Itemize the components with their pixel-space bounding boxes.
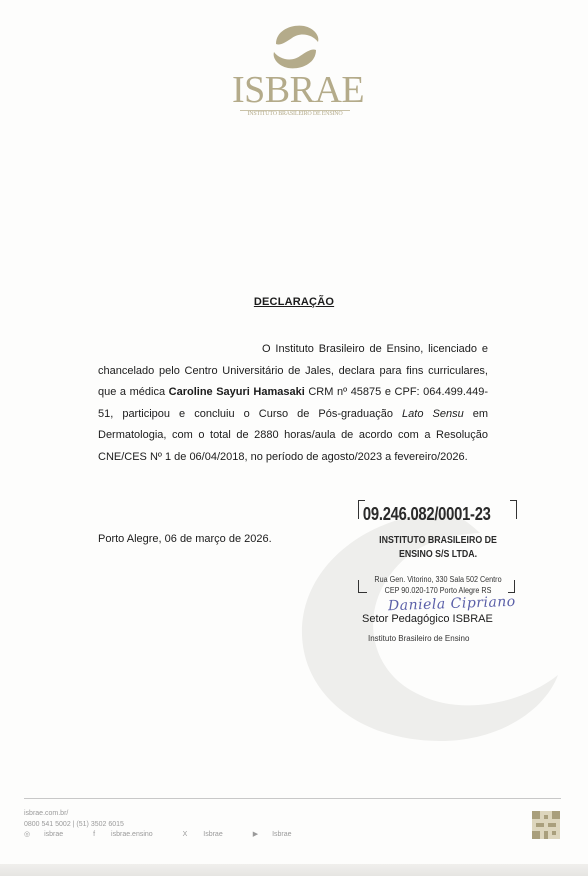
declaration-paragraph: O Instituto Brasileiro de Ensino, licenc… (98, 339, 488, 468)
website-link[interactable]: isbrae.com.br/ (24, 809, 320, 820)
footer-contacts: isbrae.com.br/ 0800 541 5002 | (51) 3502… (24, 809, 320, 841)
stamp-address: Rua Gen. Vitorino, 330 Sala 502 Centro C… (366, 574, 510, 596)
youtube-icon: ▶ (253, 831, 258, 838)
phone-numbers: 0800 541 5002 | (51) 3502 6015 (24, 820, 320, 831)
social-instagram[interactable]: ◎isbrae (24, 831, 77, 838)
instagram-icon: ◎ (24, 831, 30, 838)
social-label: isbrae (44, 831, 63, 838)
social-youtube[interactable]: ▶Isbrae (253, 831, 306, 838)
page-edge (0, 864, 588, 876)
isbrae-logo-icon (270, 22, 322, 72)
stamp-name-line: INSTITUTO BRASILEIRO DE (368, 534, 509, 548)
place-date: Porto Alegre, 06 de março de 2026. (98, 533, 272, 545)
signatory-institution: Instituto Brasileiro de Ensino (368, 634, 469, 643)
x-icon: X (183, 831, 188, 838)
social-label: isbrae.ensino (111, 831, 153, 838)
social-label: Isbrae (272, 831, 291, 838)
social-x[interactable]: X Isbrae (183, 831, 237, 838)
logo-subtitle: INSTITUTO BRASILEIRO DE ENSINO (232, 111, 358, 117)
student-name: Caroline Sayuri Hamasaki (169, 386, 305, 398)
course-type: Lato Sensu (402, 408, 464, 420)
signatory-sector: Setor Pedagógico ISBRAE (362, 613, 493, 625)
stamp-corner (510, 500, 517, 519)
document-title: DECLARAÇÃO (0, 296, 588, 308)
stamp-name-line: ENSINO S/S LTDA. (368, 548, 509, 562)
logo-wordmark: ISBRAE (232, 70, 358, 110)
facebook-icon: f (93, 831, 95, 838)
company-stamp: 09.246.082/0001-23 INSTITUTO BRASILEIRO … (358, 498, 518, 525)
social-links: ◎isbrae f isbrae.ensino X Isbrae ▶Isbrae (24, 830, 320, 841)
stamp-company-name: INSTITUTO BRASILEIRO DE ENSINO S/S LTDA. (368, 534, 509, 562)
document-page: ISBRAE INSTITUTO BRASILEIRO DE ENSINO DE… (0, 0, 588, 868)
footer-divider (24, 798, 561, 799)
stamp-cnpj: 09.246.082/0001-23 (358, 498, 489, 525)
social-facebook[interactable]: f isbrae.ensino (93, 831, 167, 838)
stamp-address-line: Rua Gen. Vitorino, 330 Sala 502 Centro (366, 574, 510, 585)
social-label: Isbrae (203, 831, 222, 838)
qr-code-icon[interactable] (532, 810, 560, 840)
